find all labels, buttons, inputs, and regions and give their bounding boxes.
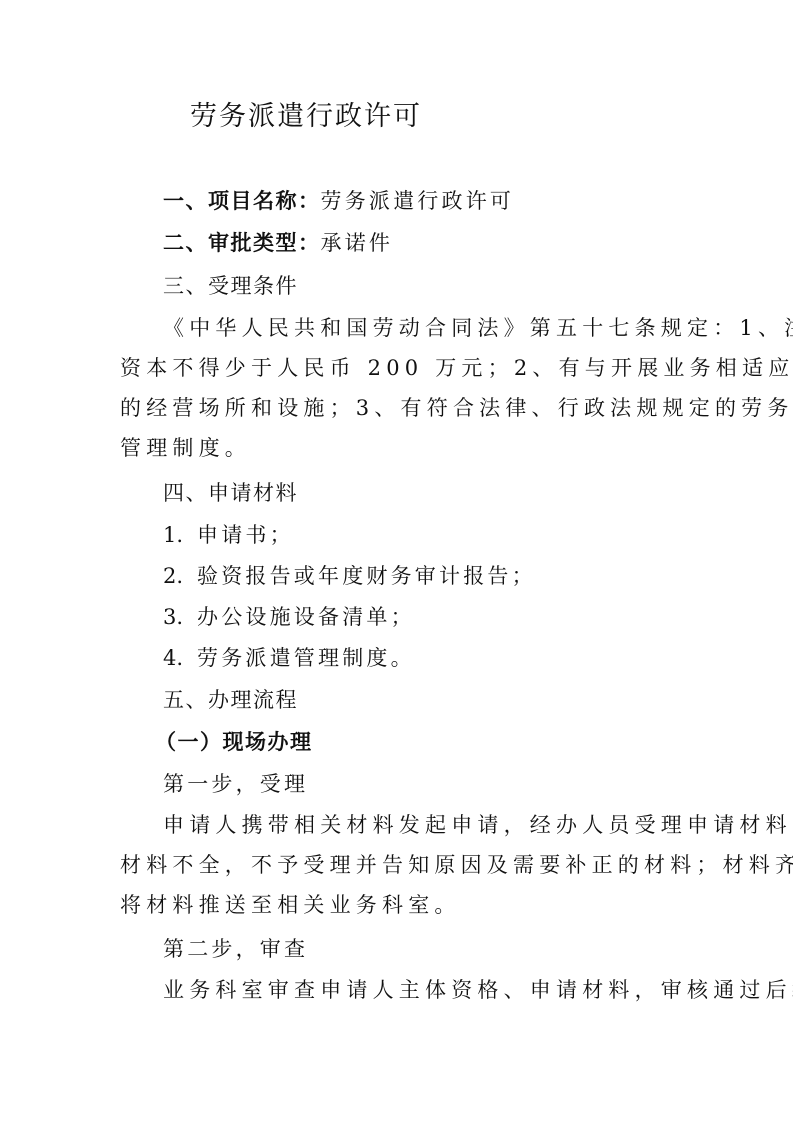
list-item-number: 1. — [163, 521, 197, 549]
step-title: 第二步，审查 — [163, 935, 308, 963]
section-project-name: 一、项目名称：劳务派遣行政许可 — [163, 187, 514, 215]
step-title: 第一步，受理 — [163, 770, 308, 798]
list-item-number: 2. — [163, 562, 197, 590]
paragraph-line: 申请人携带相关材料发起申请，经办人员受理申请材料， — [163, 811, 793, 839]
list-item-text: 验资报告或年度财务审计报告； — [197, 564, 536, 588]
section-heading-conditions: 三、受理条件 — [163, 272, 298, 300]
section-label: 二、审批类型： — [163, 231, 321, 255]
paragraph-line: 资本不得少于人民币 200 万元；2、有与开展业务相适应的固定 — [120, 354, 793, 382]
section-approval-type: 二、审批类型：承诺件 — [163, 229, 393, 257]
list-item-number: 4. — [163, 644, 197, 672]
document-page: 劳务派遣行政许可 一、项目名称：劳务派遣行政许可 二、审批类型：承诺件 三、受理… — [0, 0, 793, 1122]
section-heading-process: 五、办理流程 — [163, 686, 298, 714]
list-item-text: 办公设施设备清单； — [197, 605, 415, 629]
subsection-heading-onsite: （一）现场办理 — [155, 728, 313, 756]
section-value: 劳务派遣行政许可 — [321, 189, 515, 213]
section-value: 承诺件 — [321, 231, 394, 255]
document-title: 劳务派遣行政许可 — [190, 103, 422, 131]
paragraph-line: 将材料推送至相关业务科室。 — [120, 891, 461, 919]
section-heading-materials: 四、申请材料 — [163, 479, 298, 507]
list-item-text: 劳务派遣管理制度。 — [197, 646, 415, 670]
paragraph-line: 管理制度。 — [120, 434, 251, 462]
paragraph-line: 业务科室审查申请人主体资格、申请材料，审核通过后给 — [163, 976, 793, 1004]
list-item: 1.申请书； — [163, 521, 294, 549]
paragraph-line: 《中华人民共和国劳动合同法》第五十七条规定：1、注册 — [163, 314, 793, 342]
list-item: 4.劳务派遣管理制度。 — [163, 644, 415, 672]
list-item-number: 3. — [163, 603, 197, 631]
paragraph-line: 材料不全，不予受理并告知原因及需要补正的材料；材料齐全， — [120, 851, 793, 879]
list-item-text: 申请书； — [197, 523, 294, 547]
section-label: 一、项目名称： — [163, 189, 321, 213]
list-item: 3.办公设施设备清单； — [163, 603, 415, 631]
paragraph-line: 的经营场所和设施；3、有符合法律、行政法规规定的劳务派遣 — [120, 394, 793, 422]
list-item: 2.验资报告或年度财务审计报告； — [163, 562, 536, 590]
